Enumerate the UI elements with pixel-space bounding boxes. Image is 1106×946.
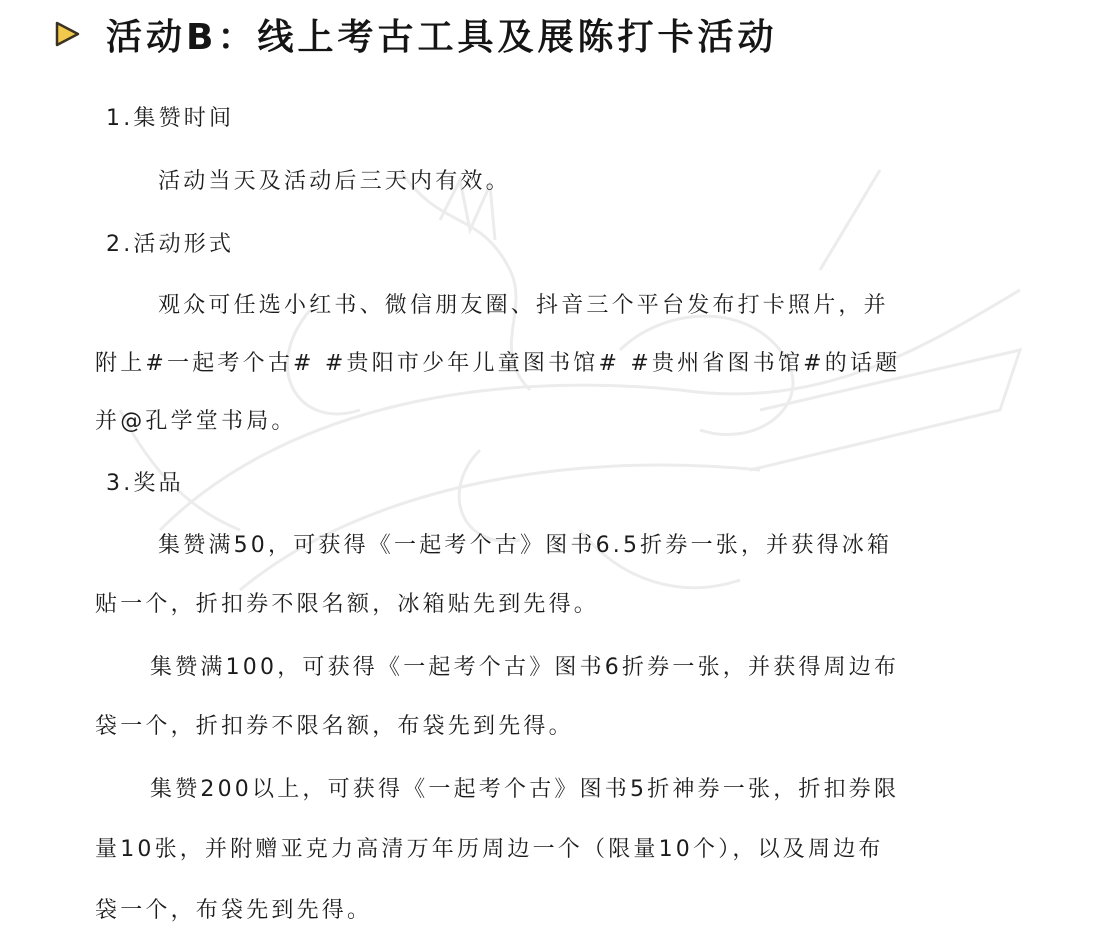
paragraph-line: 袋一个，折扣券不限名额，布袋先到先得。 bbox=[95, 709, 574, 740]
section-heading-time: 1.集赞时间 bbox=[106, 101, 234, 132]
paragraph-line: 袋一个，布袋先到先得。 bbox=[95, 893, 372, 924]
paragraph-line: 量10张，并附赠亚克力高清万年历周边一个（限量10个），以及周边布 bbox=[95, 832, 884, 863]
play-triangle-icon bbox=[52, 19, 82, 49]
section-heading-prizes: 3.奖品 bbox=[106, 466, 184, 497]
paragraph-line: 集赞200以上，可获得《一起考个古》图书5折神券一张，折扣券限 bbox=[150, 772, 899, 803]
page-title: 活动B：线上考古工具及展陈打卡活动 bbox=[52, 6, 777, 62]
title-text: 活动B：线上考古工具及展陈打卡活动 bbox=[106, 9, 777, 60]
paragraph-line: 集赞满100，可获得《一起考个古》图书6折券一张，并获得周边布 bbox=[150, 650, 899, 681]
paragraph-line: 贴一个，折扣券不限名额，冰箱贴先到先得。 bbox=[95, 587, 599, 618]
section-heading-format: 2.活动形式 bbox=[106, 227, 234, 258]
paragraph-line: 观众可任选小红书、微信朋友圈、抖音三个平台发布打卡照片，并 bbox=[158, 288, 889, 319]
paragraph-line: 附上#一起考个古# #贵阳市少年儿童图书馆# #贵州省图书馆#的话题 bbox=[95, 346, 900, 377]
paragraph-line: 活动当天及活动后三天内有效。 bbox=[158, 164, 511, 195]
paragraph-line: 集赞满50，可获得《一起考个古》图书6.5折券一张，并获得冰箱 bbox=[158, 528, 892, 559]
paragraph-line: 并@孔学堂书局。 bbox=[95, 404, 297, 435]
